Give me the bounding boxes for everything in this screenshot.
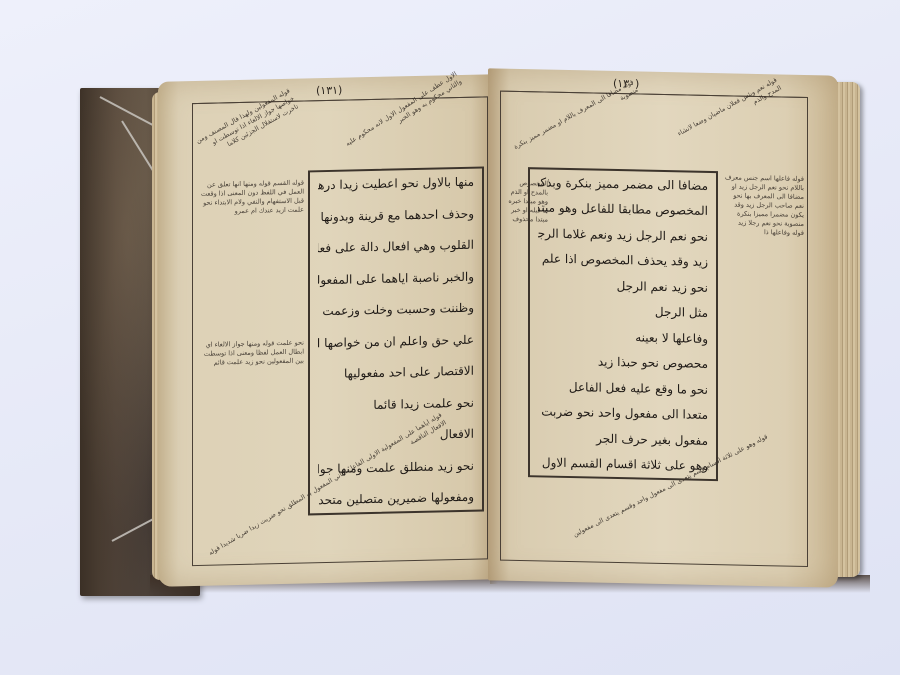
main-text-block: منها بالاول نحو اعطيت زيدا درهما ويجوز ح… <box>308 166 484 515</box>
margin-gloss: قوله فاعلها اسم جنس معرف باللام نحو نعم … <box>724 173 804 475</box>
text-line: الافعال <box>318 427 474 445</box>
text-line: الاقتصار على احد مفعوليها <box>318 364 474 382</box>
text-line: المخصوص مطابقا للفاعل وهو مبتدا وما قبله… <box>538 201 708 219</box>
page-number: (١٣١) <box>316 84 342 98</box>
main-text-block: مضافا الى مضمر مميز بنكرة وبذكر بعد ذلك … <box>528 167 718 481</box>
text-line: ومفعولها ضميرين متصلين متحدين المعنى نحو… <box>318 490 474 508</box>
text-line: نحو نعم الرجل زيد ونعم غلاما الرجل زيد و… <box>538 226 708 244</box>
text-line: مثل الرجل <box>538 303 708 321</box>
photo-scene: (١٣١) قوله المفعولين ولهذا قال المصنف وم… <box>0 0 900 675</box>
text-line: علي حق واعلم ان من خواصها انه لا يجوز <box>318 332 474 350</box>
left-page: (١٣١) قوله المفعولين ولهذا قال المصنف وم… <box>158 74 498 587</box>
text-line: مضافا الى مضمر مميز بنكرة وبذكر بعد ذلك <box>538 175 708 193</box>
text-line: وهو على ثلاثة اقسام القسم الاول ما كان م… <box>538 455 708 473</box>
text-line: نحو علمت زيدا قائما <box>318 395 474 413</box>
text-line: القلوب وهي افعال دالة على فعل قلبي داخلة… <box>318 238 474 256</box>
text-line: متعدا الى مفعول واحد نحو ضربت زيدا <box>538 404 708 422</box>
text-line: زيد وقد يحذف المخصوص اذا علم وقد يتقدم ع… <box>538 252 708 270</box>
text-line: وحذف احدهما مع قرينة وبدونها القسم الثان… <box>318 206 474 224</box>
text-line: منها بالاول نحو اعطيت زيدا درهما ويجوز ح… <box>318 175 474 193</box>
right-page: (١٣٠) قوله مضافا الى المعرف باللام او مض… <box>488 68 838 587</box>
text-line: نحو ما وقع عليه فعل الفاعل <box>538 379 708 397</box>
text-line: وفاعلها لا بعينه <box>538 328 708 346</box>
text-line: وظننت وحسبت وخلت وزعمت <box>318 301 474 319</box>
margin-gloss: نحو علمت قوله ومنها جواز الالغاء اي ابطا… <box>194 339 304 451</box>
text-line: محصوص نحو حبذا زيد <box>538 354 708 372</box>
text-line: نحو زيد منطلق علمت ومنها جواز ان يكون فا… <box>318 458 474 476</box>
margin-gloss: قوله القسم قوله ومنها انها تعلق عن العمل… <box>194 179 304 311</box>
text-line: نحو زيد نعم الرجل <box>538 277 708 295</box>
text-line: والخبر ناصبة اياهما على المفعولية نحو عل… <box>318 269 474 287</box>
text-line: مفعول بغير حرف الجر <box>538 430 708 448</box>
